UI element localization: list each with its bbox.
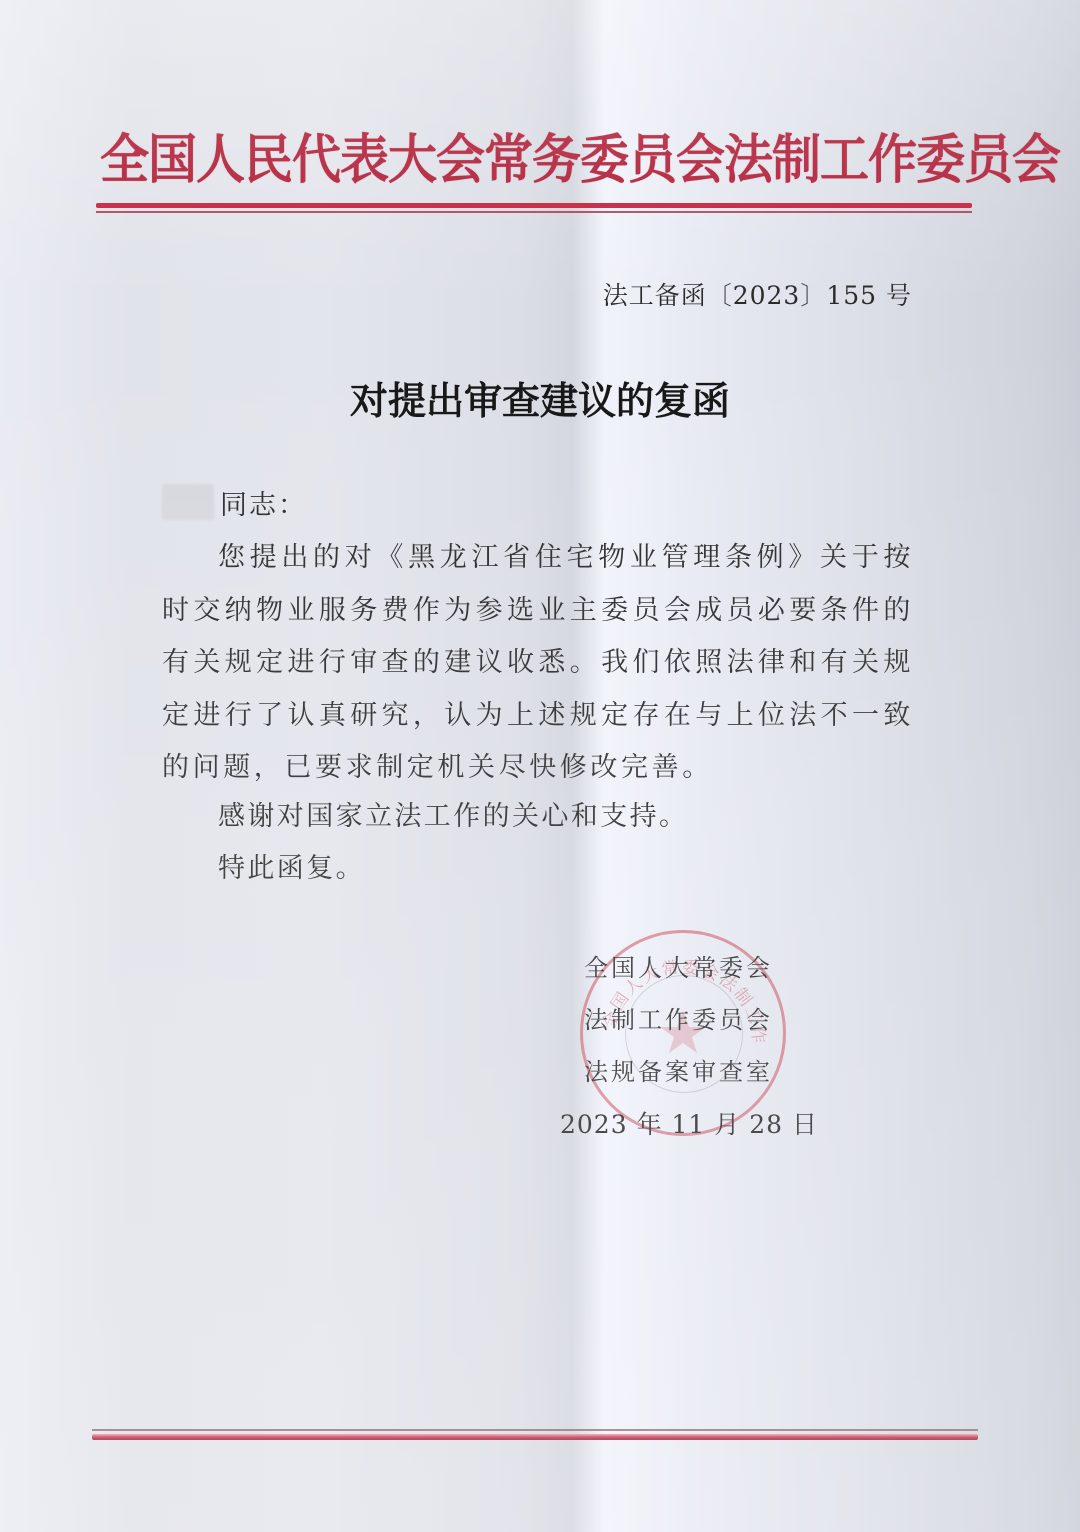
body-paragraph-main: 您提出的对《黑龙江省住宅物业管理条例》关于按时交纳物业服务费作为参选业主委员会成… [162, 532, 914, 795]
body-paragraph-closing: 特此函复。 [218, 846, 365, 885]
document-reference-number: 法工备函〔2023〕155 号 [603, 276, 912, 312]
signature-line-3: 法规备案审查室 [584, 1052, 773, 1087]
body-paragraph-thanks: 感谢对国家立法工作的关心和支持。 [218, 794, 688, 833]
footer-red-rule-thick [92, 1434, 978, 1440]
letterhead-red-rule-thick [96, 203, 972, 208]
redacted-name-block [162, 484, 214, 520]
letterhead-organization: 全国人民代表大会常务委员会法制工作委员会 [100, 126, 980, 193]
signature-line-2: 法制工作委员会 [584, 1000, 773, 1035]
signature-date: 2023 年 11 月 28 日 [560, 1105, 818, 1141]
footer-red-rule-thin [92, 1429, 978, 1431]
document-title: 对提出审查建议的复函 [0, 370, 1080, 425]
salutation-suffix: 同志： [220, 483, 307, 522]
letterhead-red-rule-thin [96, 211, 972, 213]
signature-line-1: 全国人大常委会 [584, 948, 773, 983]
salutation: 同志： [162, 484, 307, 520]
letter-page: 全国人民代表大会常务委员会法制工作委员会 法工备函〔2023〕155 号 对提出… [0, 0, 1080, 1532]
